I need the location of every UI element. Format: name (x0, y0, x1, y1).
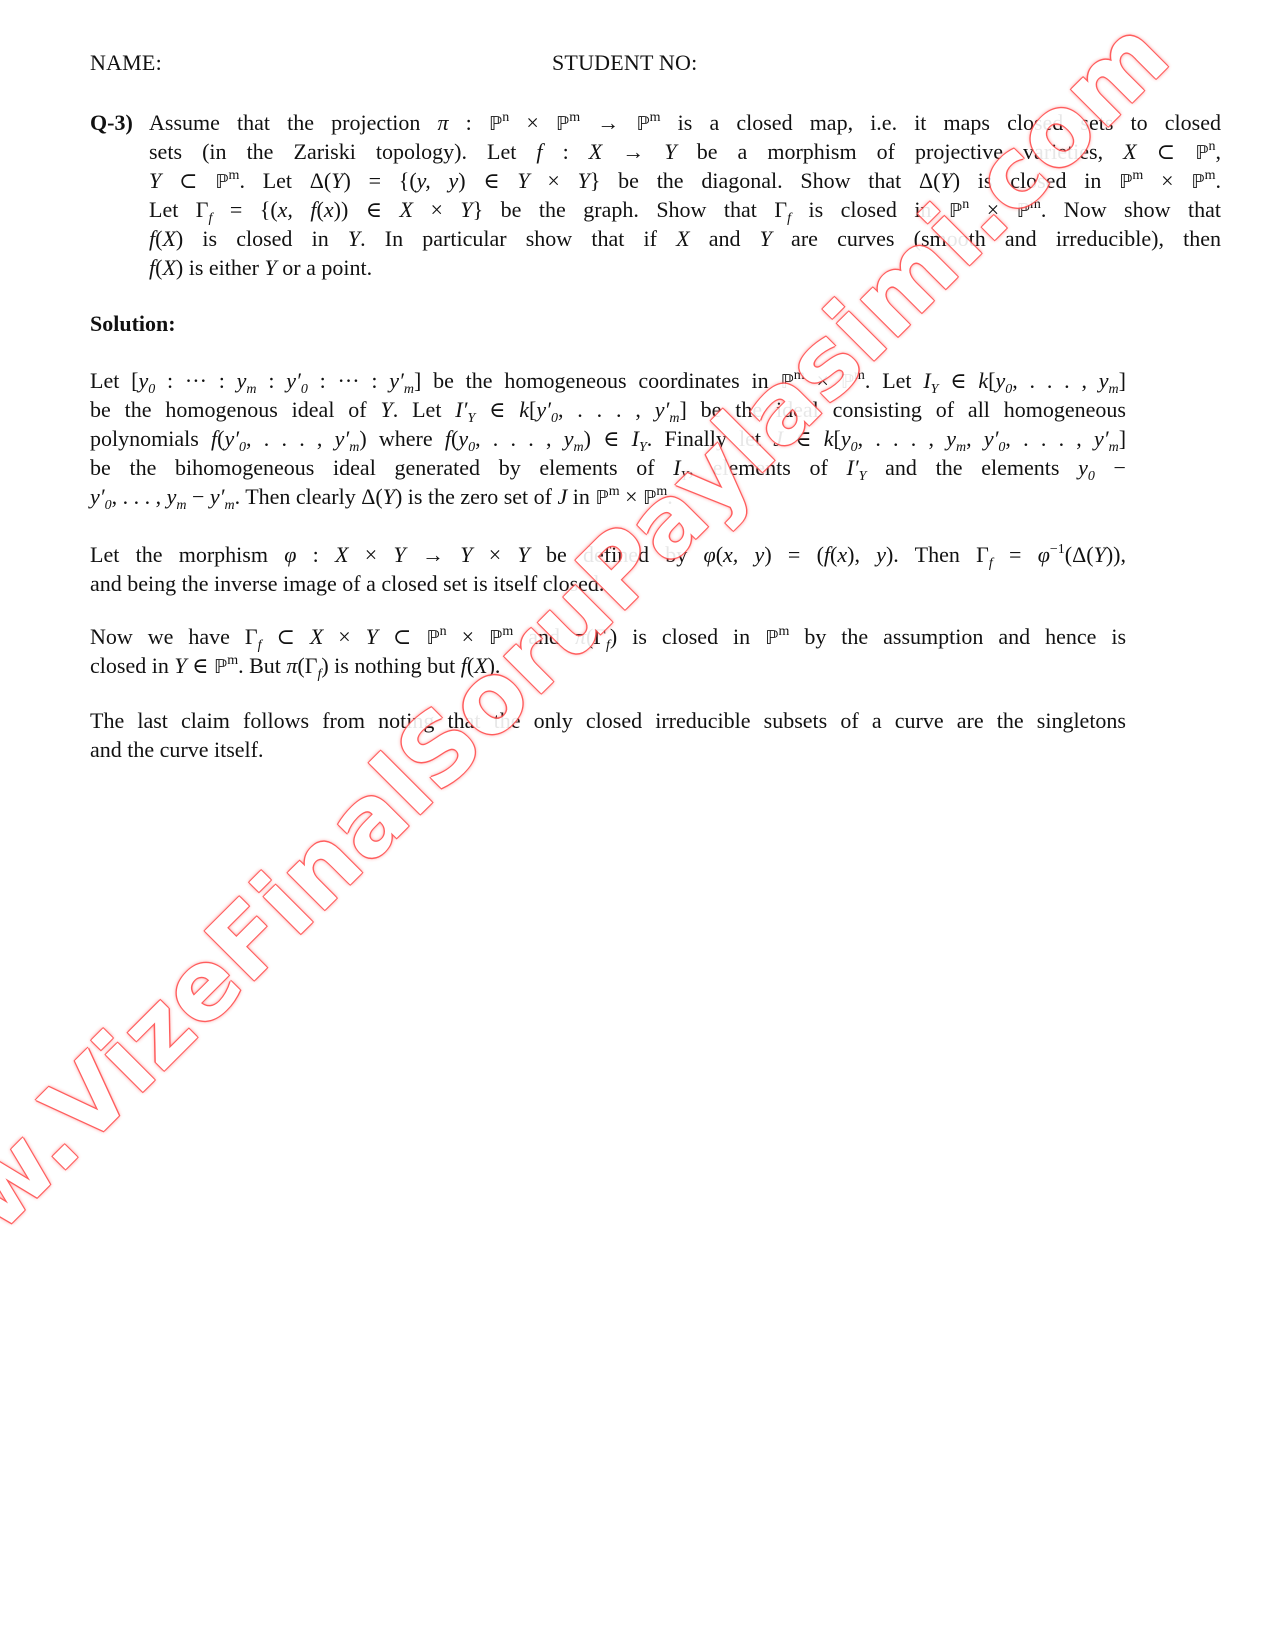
text-line: closed in Y ∈ ℙm. But π(Γf) is nothing b… (90, 651, 1126, 681)
question-number: Q-3) (90, 108, 133, 138)
text-line: Let Γf = {(x, f(x)) ∈ X × Y} be the grap… (149, 195, 1221, 225)
text-line: sets (in the Zariski topology). Let f : … (149, 137, 1221, 167)
text-line: Let [y0 : ··· : ym : y′0 : ··· : y′m] be… (90, 366, 1126, 396)
text-line: y′0, . . . , ym − y′m. Then clearly Δ(Y)… (90, 482, 1126, 512)
solution-heading: Solution: (90, 311, 176, 337)
text-line: polynomials f(y′0, . . . , y′m) where f(… (90, 424, 1126, 454)
text-line: Y ⊂ ℙm. Let Δ(Y) = {(y, y) ∈ Y × Y} be t… (149, 166, 1221, 196)
student-no-label: STUDENT NO: (552, 50, 697, 76)
text-line: The last claim follows from noting that … (90, 706, 1126, 736)
text-line: f(X) is closed in Y. In particular show … (149, 224, 1221, 254)
text-line: be the bihomogeneous ideal generated by … (90, 453, 1126, 483)
text-line: be the homogenous ideal of Y. Let I′Y ∈ … (90, 395, 1126, 425)
text-line: Assume that the projection π : ℙn × ℙm →… (149, 108, 1221, 138)
text-line: Now we have Γf ⊂ X × Y ⊂ ℙn × ℙm and π(Γ… (90, 622, 1126, 652)
text-line: and being the inverse image of a closed … (90, 569, 1126, 599)
name-label: NAME: (90, 50, 162, 76)
text-line: f(X) is either Y or a point. (149, 253, 1221, 283)
text-line: and the curve itself. (90, 735, 1126, 765)
text-line: Let the morphism φ : X × Y → Y × Y be de… (90, 540, 1126, 570)
